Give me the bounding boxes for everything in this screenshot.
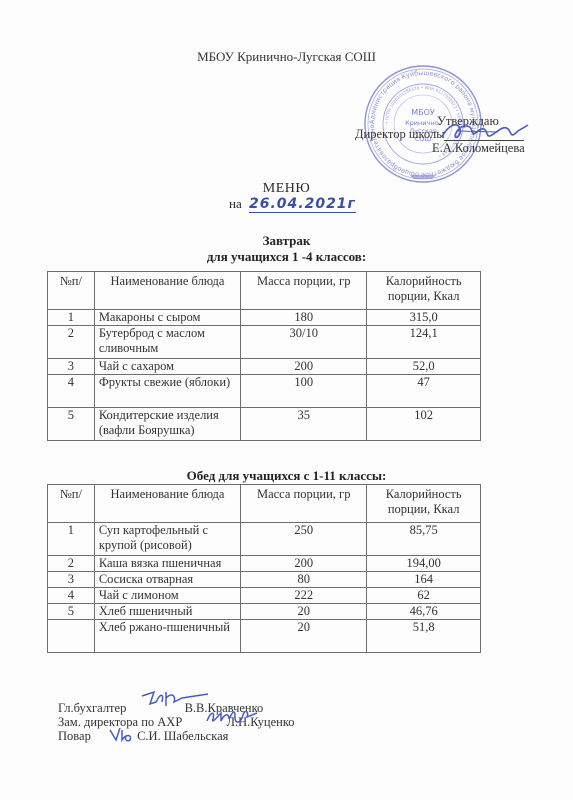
- director-name: Е.А.Коломейцева: [432, 141, 525, 156]
- row-num: 3: [48, 359, 95, 375]
- menu-date-row: на 26.04.2021г: [229, 196, 356, 213]
- row-mass: 30/10: [241, 326, 367, 359]
- table-row: 5 Кондитерские изделия (вафли Боярушка) …: [48, 408, 481, 441]
- stamp-center-line-1: МБОУ: [411, 108, 435, 117]
- lunch-title: Обед для учащихся с 1-11 классы:: [0, 468, 573, 483]
- table-row: Хлеб ржано-пшеничный 20 51,8: [48, 620, 481, 653]
- column-header-name: Наименование блюда: [94, 485, 240, 523]
- column-header-name: Наименование блюда: [94, 272, 240, 310]
- column-header-mass: Масса порции, гр: [241, 272, 367, 310]
- row-mass: 20: [241, 604, 367, 620]
- row-calories: 102: [367, 408, 481, 441]
- row-name: Хлеб пшеничный: [94, 604, 240, 620]
- director-label: Директор школы: [355, 127, 445, 142]
- breakfast-title: Завтрак: [0, 233, 573, 248]
- row-mass: 20: [241, 620, 367, 653]
- row-mass: 100: [241, 375, 367, 408]
- breakfast-table: №п/ Наименование блюда Масса порции, гр …: [47, 271, 481, 441]
- table-header-row: №п/ Наименование блюда Масса порции, гр …: [48, 272, 481, 310]
- school-name: МБОУ Кринично-Лугская СОШ: [0, 49, 573, 65]
- menu-date: 26.04.2021г: [249, 196, 356, 213]
- signature-name: С.И. Шабельская: [137, 729, 228, 743]
- table-row: 1 Макароны с сыром 180 315,0: [48, 310, 481, 326]
- row-calories: 62: [367, 588, 481, 604]
- signature-role: Повар: [58, 729, 91, 743]
- row-mass: 35: [241, 408, 367, 441]
- row-name: Бутерброд с маслом сливочным: [94, 326, 240, 359]
- column-header-num: №п/: [48, 272, 95, 310]
- document-page: МБОУ Кринично-Лугская СОШ Администрация …: [0, 0, 573, 800]
- row-name: Кондитерские изделия (вафли Боярушка): [94, 408, 240, 441]
- breakfast-subtitle: для учащихся 1 -4 классов:: [0, 249, 573, 264]
- row-name: Суп картофельный с крупой (рисовой): [94, 523, 240, 556]
- signature-row-cook: Повар С.И. Шабельская: [58, 729, 228, 743]
- row-num: 1: [48, 310, 95, 326]
- cook-signature-icon: [108, 726, 136, 744]
- table-row: 1 Суп картофельный с крупой (рисовой) 25…: [48, 523, 481, 556]
- row-name: Чай с лимоном: [94, 588, 240, 604]
- row-calories: 315,0: [367, 310, 481, 326]
- row-num: 5: [48, 408, 95, 441]
- table-row: 3 Сосиска отварная 80 164: [48, 572, 481, 588]
- row-name: Чай с сахаром: [94, 359, 240, 375]
- table-row: 3 Чай с сахаром 200 52,0: [48, 359, 481, 375]
- column-header-mass: Масса порции, гр: [241, 485, 367, 523]
- row-calories: 194,00: [367, 556, 481, 572]
- row-mass: 222: [241, 588, 367, 604]
- table-row: 4 Фрукты свежие (яблоки) 100 47: [48, 375, 481, 408]
- lunch-table: №п/ Наименование блюда Масса порции, гр …: [47, 484, 481, 653]
- row-calories: 85,75: [367, 523, 481, 556]
- row-name: Фрукты свежие (яблоки): [94, 375, 240, 408]
- table-row: 2 Бутерброд с маслом сливочным 30/10 124…: [48, 326, 481, 359]
- row-calories: 52,0: [367, 359, 481, 375]
- row-calories: 124,1: [367, 326, 481, 359]
- row-name: Каша вязка пшеничная: [94, 556, 240, 572]
- row-num: 4: [48, 588, 95, 604]
- row-num: 2: [48, 326, 95, 359]
- row-name: Макароны с сыром: [94, 310, 240, 326]
- column-header-calories: Калорийность порции, Ккал: [367, 272, 481, 310]
- menu-date-prefix: на: [229, 196, 242, 211]
- row-num: 3: [48, 572, 95, 588]
- row-mass: 180: [241, 310, 367, 326]
- table-header-row: №п/ Наименование блюда Масса порции, гр …: [48, 485, 481, 523]
- row-num: 4: [48, 375, 95, 408]
- column-header-calories: Калорийность порции, Ккал: [367, 485, 481, 523]
- row-mass: 250: [241, 523, 367, 556]
- menu-title: МЕНЮ: [0, 181, 573, 197]
- row-mass: 80: [241, 572, 367, 588]
- row-num: [48, 620, 95, 653]
- row-mass: 200: [241, 556, 367, 572]
- column-header-num: №п/: [48, 485, 95, 523]
- row-mass: 200: [241, 359, 367, 375]
- deputy-signature-icon: [205, 705, 265, 727]
- row-name: Сосиска отварная: [94, 572, 240, 588]
- row-num: 5: [48, 604, 95, 620]
- row-name: Хлеб ржано-пшеничный: [94, 620, 240, 653]
- table-row: 5 Хлеб пшеничный 20 46,76: [48, 604, 481, 620]
- table-row: 4 Чай с лимоном 222 62: [48, 588, 481, 604]
- row-calories: 47: [367, 375, 481, 408]
- row-num: 2: [48, 556, 95, 572]
- signature-role: Гл.бухгалтер: [58, 701, 126, 715]
- row-calories: 51,8: [367, 620, 481, 653]
- row-calories: 164: [367, 572, 481, 588]
- row-calories: 46,76: [367, 604, 481, 620]
- table-row: 2 Каша вязка пшеничная 200 194,00: [48, 556, 481, 572]
- accountant-signature-icon: [140, 688, 210, 714]
- row-num: 1: [48, 523, 95, 556]
